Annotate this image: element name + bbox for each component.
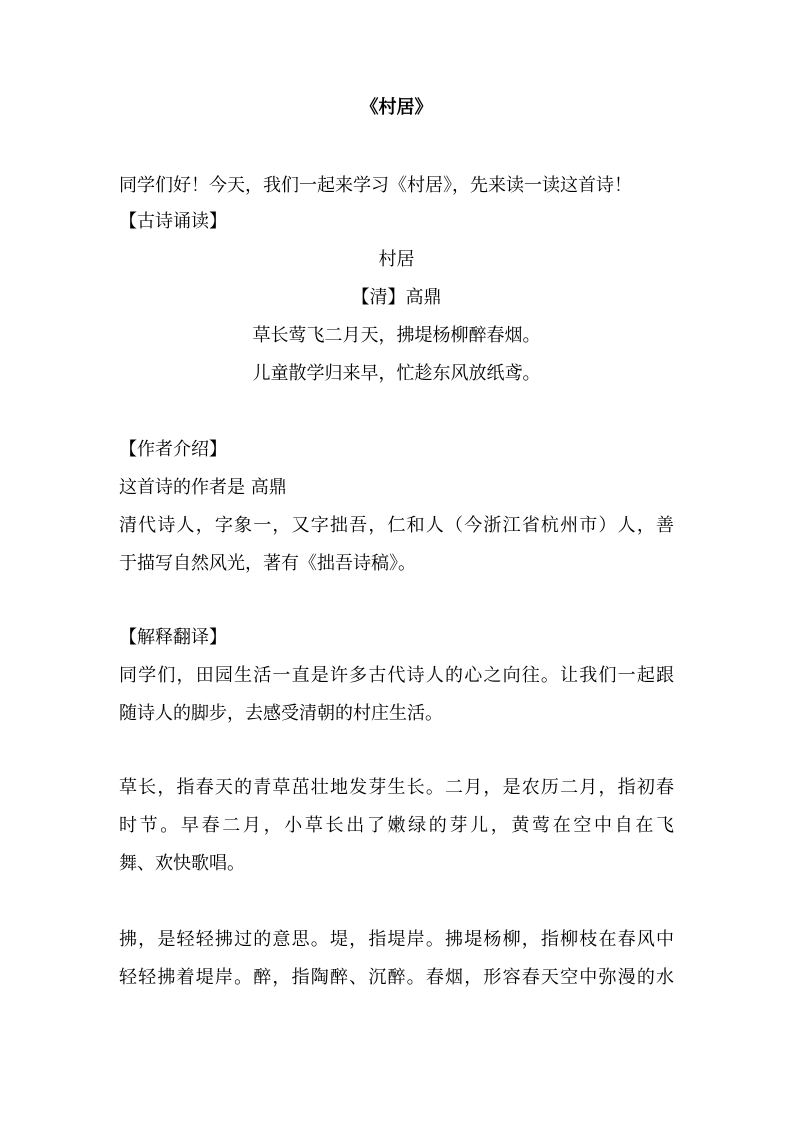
poem-title: 村居 [0,248,793,272]
explanation-paragraph-line: 随诗人的脚步，去感受清朝的村庄生活。 [119,702,443,726]
explanation-paragraph-line: 拂，是轻轻拂过的意思。堤，指堤岸。拂堤杨柳，指柳枝在春风中 [119,928,674,952]
section-heading-recite: 【古诗诵读】 [119,210,227,234]
author-bio-line: 于描写自然风光，著有《拙吾诗稿》。 [119,552,416,576]
explanation-paragraph-line: 时节。早春二月，小草长出了嫩绿的芽儿，黄莺在空中自在飞 [119,814,674,838]
poem-line-2: 儿童散学归来早，忙趁东风放纸鸢。 [0,362,793,386]
poem-author: 【清】高鼎 [0,286,793,310]
explanation-paragraph-line: 轻轻拂着堤岸。醉，指陶醉、沉醉。春烟，形容春天空中弥漫的水 [119,966,674,990]
explanation-paragraph-line: 舞、欢快歌唱。 [119,852,245,876]
explanation-paragraph-line: 草长，指春天的青草茁壮地发芽生长。二月，是农历二月，指初春 [119,776,674,800]
section-heading-author: 【作者介绍】 [119,438,227,462]
intro-text: 同学们好！今天，我们一起来学习《村居》，先来读一读这首诗！ [119,174,632,198]
document-title: 《村居》 [0,96,793,120]
author-line: 这首诗的作者是 高鼎 [119,476,287,500]
author-bio-line: 清代诗人，字象一，又字拙吾，仁和人（今浙江省杭州市）人，善 [119,514,674,538]
section-heading-explanation: 【解释翻译】 [119,626,227,650]
poem-line-1: 草长莺飞二月天，拂堤杨柳醉春烟。 [0,324,793,348]
explanation-paragraph-line: 同学们，田园生活一直是许多古代诗人的心之向往。让我们一起跟 [119,664,674,688]
